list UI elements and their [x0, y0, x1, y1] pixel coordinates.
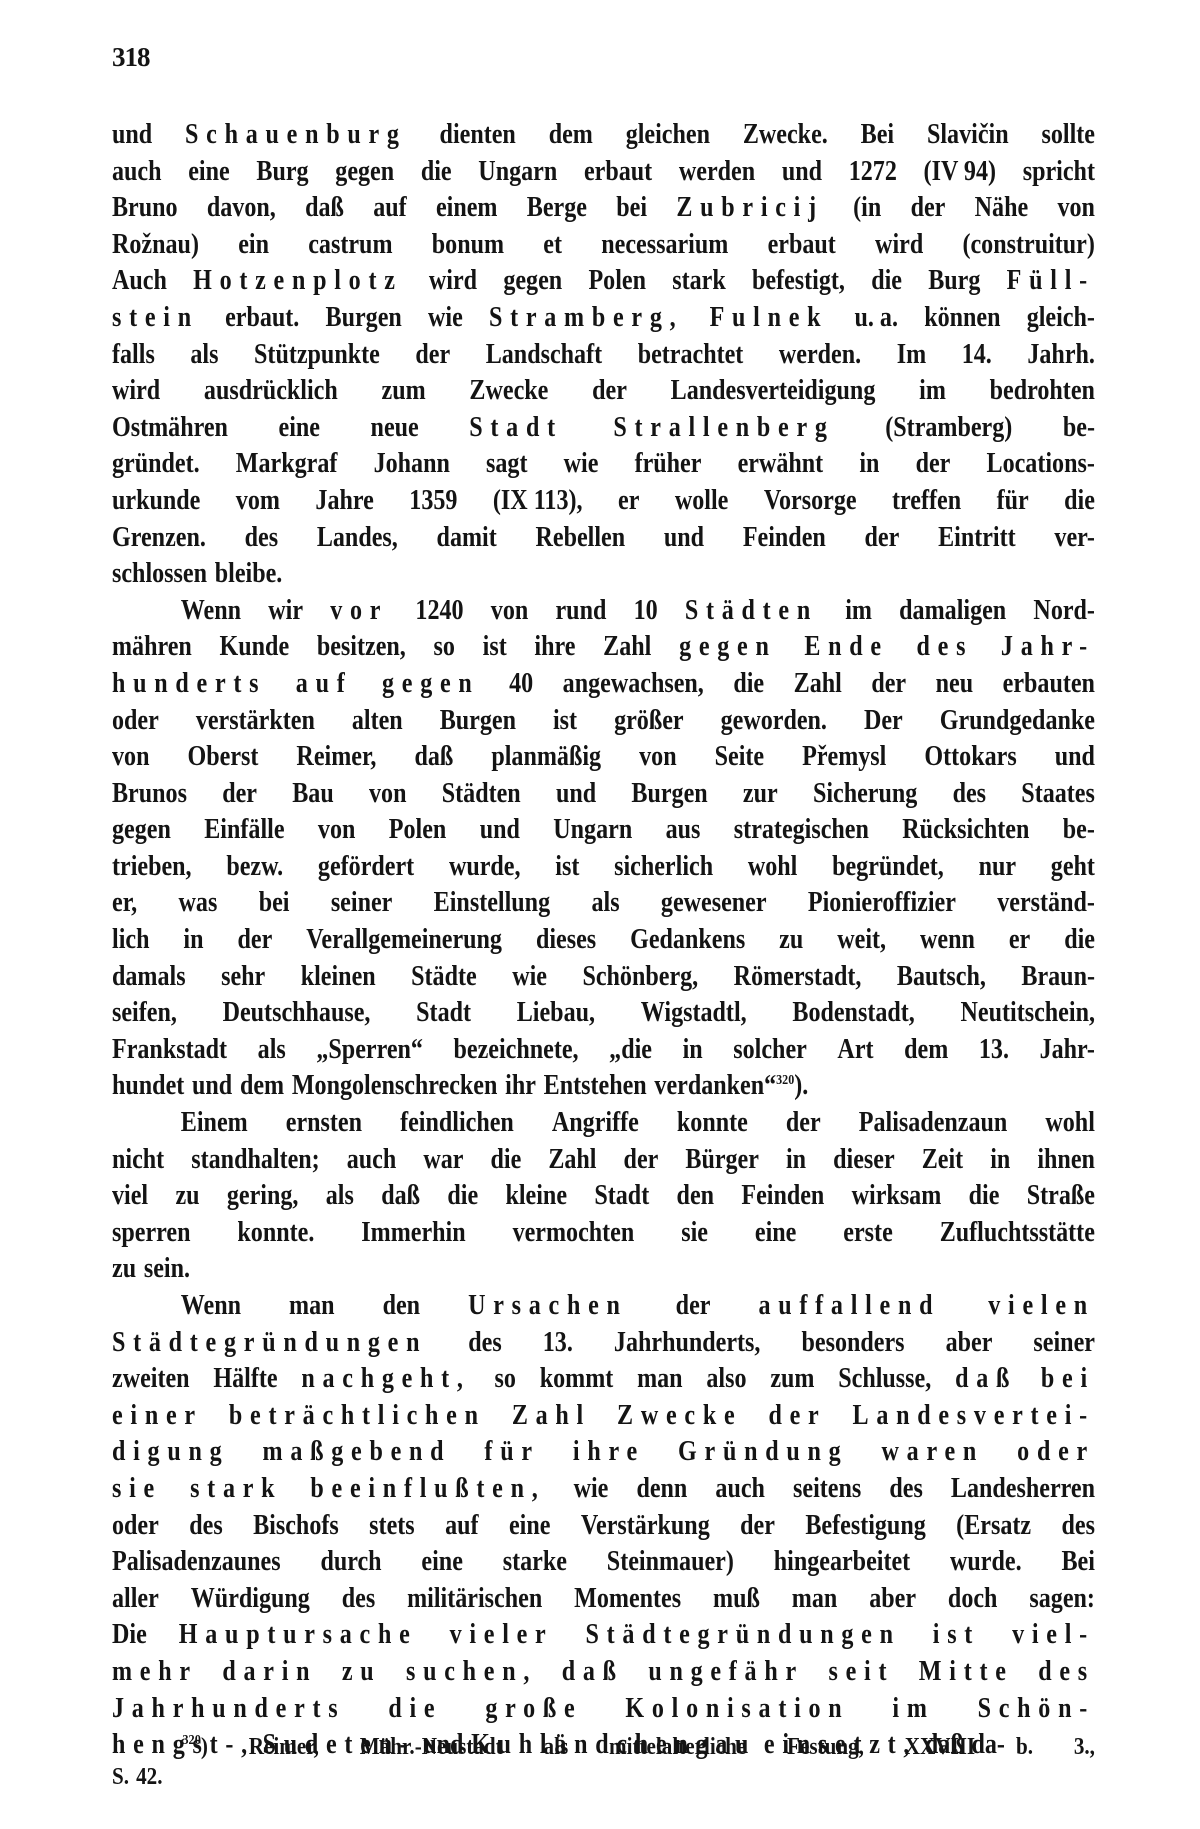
word: Jahrhunderts, — [614, 1325, 761, 1362]
word: der — [237, 922, 272, 959]
word: der — [415, 337, 450, 374]
word: wolle — [675, 483, 729, 520]
word: wirksam — [852, 1178, 942, 1215]
word: der — [592, 373, 627, 410]
spaced-word: Füll- — [1007, 263, 1095, 300]
word: Zwecke — [469, 373, 548, 410]
spaced-word: beeinflußten, — [310, 1471, 545, 1508]
text-line: hundetunddemMongolenschreckenihrEntstehe… — [112, 1068, 1095, 1105]
word: Angriffe — [552, 1105, 639, 1142]
word: falls — [112, 337, 155, 374]
word: betrachtet — [638, 337, 744, 374]
word: Wenn — [181, 1288, 241, 1325]
spaced-word: Stramberg, — [489, 300, 683, 337]
word: stark — [672, 263, 726, 300]
word: früher — [635, 446, 702, 483]
word: bleibe. — [215, 556, 283, 593]
word: neu — [936, 666, 973, 703]
paragraph: EinemernstenfeindlichenAngriffekonnteder… — [112, 1105, 1095, 1288]
word: seitens — [793, 1471, 861, 1508]
word: Slavičin — [927, 117, 1009, 154]
word: man — [289, 1288, 334, 1325]
word: im — [845, 593, 872, 630]
word: necessarium — [601, 227, 728, 264]
word: spricht — [1023, 154, 1095, 191]
word: zum — [770, 1361, 814, 1398]
word: Landesverteidigung — [671, 373, 876, 410]
word: be- — [1063, 812, 1095, 849]
word: erbauten — [1003, 666, 1095, 703]
spaced-word: einer — [112, 1398, 203, 1435]
word: Sicherung — [813, 776, 917, 813]
word: seifen, — [112, 995, 177, 1032]
word: zur — [743, 776, 778, 813]
word: kleine — [505, 1178, 567, 1215]
word: Momentes — [574, 1581, 681, 1618]
spaced-word: ungefähr — [648, 1654, 804, 1691]
word: wurde, — [449, 849, 521, 886]
word: die — [969, 1178, 1000, 1215]
word: (construitur) — [962, 227, 1094, 264]
spaced-word: stark — [190, 1471, 282, 1508]
spaced-word: beträchtlichen — [229, 1398, 486, 1435]
word: Zufluchtsstätte — [940, 1215, 1095, 1252]
word: bei — [616, 190, 647, 227]
spaced-word: Kolonisation — [625, 1691, 849, 1728]
spaced-word: viel- — [1012, 1617, 1095, 1654]
word: sicherlich — [614, 849, 713, 886]
word: Bürger — [685, 1142, 759, 1179]
word: ein — [238, 227, 269, 264]
text-line: JahrhundertsdiegroßeKolonisationimSchön- — [112, 1691, 1095, 1728]
word: der — [871, 666, 906, 703]
word: Liebau, — [517, 995, 595, 1032]
word: Nord- — [1033, 593, 1095, 630]
word: Auch — [112, 263, 167, 300]
spaced-word: Hauptursache — [179, 1617, 418, 1654]
word: (Stramberg) — [885, 410, 1012, 447]
word: daß — [381, 1178, 420, 1215]
word: Staates — [1021, 776, 1095, 813]
word: Burg — [256, 154, 308, 191]
word: gründet. — [112, 446, 200, 483]
word: er, — [112, 885, 137, 922]
word: von — [491, 593, 528, 630]
spaced-word: seit — [828, 1654, 894, 1691]
word: Markgraf — [236, 446, 338, 483]
word: Wigstadtl, — [641, 995, 747, 1032]
spaced-word: gegen — [679, 629, 777, 666]
text-line: sperrenkonnte.Immerhinvermochtensieeinee… — [112, 1215, 1095, 1252]
text-line: Brunodavon,daßaufeinemBergebeiZubricij(i… — [112, 190, 1095, 227]
text-line: mährenKundebesitzen,soistihreZahlgegenEn… — [112, 629, 1095, 666]
word: Rožnau) — [112, 227, 199, 264]
word: Stadt — [416, 995, 471, 1032]
word: der — [624, 1142, 659, 1179]
word: (Ersatz — [956, 1508, 1031, 1545]
word: wie — [574, 1471, 609, 1508]
word: neue — [371, 410, 419, 447]
word: die — [871, 263, 902, 300]
word: aus — [666, 812, 701, 849]
word: Hälfte — [213, 1361, 277, 1398]
word: sehr — [221, 959, 265, 996]
spaced-word: Hotzenplotz — [193, 263, 403, 300]
word: Zahl — [548, 1142, 596, 1179]
text-line: seifen,Deutschhause,StadtLiebau,Wigstadt… — [112, 995, 1095, 1032]
word: Schlusse, — [838, 1361, 931, 1398]
word: dieser — [833, 1142, 895, 1179]
word: den — [677, 1178, 714, 1215]
word: konnte. — [237, 1215, 314, 1252]
spaced-word: bei — [1041, 1361, 1095, 1398]
word: der — [916, 446, 951, 483]
word: auch — [715, 1471, 765, 1508]
word: und — [480, 812, 520, 849]
word: ist — [553, 703, 577, 740]
text-line: gründet.MarkgrafJohannsagtwiefrühererwäh… — [112, 446, 1095, 483]
word: sie — [681, 1215, 708, 1252]
spaced-word: des — [1038, 1654, 1095, 1691]
spaced-word: mehr — [112, 1654, 198, 1691]
word: des — [953, 776, 986, 813]
word: Festung, — [787, 1732, 864, 1762]
text-line: DieHauptursachevielerStädtegründungenist… — [112, 1617, 1095, 1654]
word: (in — [853, 190, 881, 227]
word: also — [706, 1361, 746, 1398]
word: S. — [112, 1762, 129, 1792]
word: gleichen — [626, 117, 710, 154]
text-line: oderverstärktenaltenBurgenistgrößergewor… — [112, 703, 1095, 740]
spaced-word: zu — [342, 1654, 382, 1691]
word: Befestigung — [805, 1508, 925, 1545]
word: Einfälle — [204, 812, 284, 849]
word: sollte — [1041, 117, 1095, 154]
word: zu — [175, 1178, 199, 1215]
text-line: hundertsaufgegen40angewachsen,dieZahlder… — [112, 666, 1095, 703]
text-line: oderdesBischofsstetsaufeineVerstärkungde… — [112, 1508, 1095, 1545]
word: Frankstadt — [112, 1032, 227, 1069]
word: des — [189, 1508, 222, 1545]
word: gleich- — [1027, 300, 1095, 337]
word: bezw. — [226, 849, 283, 886]
word: wie — [428, 300, 463, 337]
word: auch — [112, 154, 162, 191]
word: der — [222, 776, 257, 813]
word: nur — [979, 849, 1016, 886]
word: auf — [445, 1508, 478, 1545]
word: Mongolenschrecken — [292, 1068, 498, 1105]
text-line: gegenEinfällevonPolenundUngarnausstrateg… — [112, 812, 1095, 849]
word: man — [637, 1361, 682, 1398]
text-line: lichinderVerallgemeinerungdiesesGedanken… — [112, 922, 1095, 959]
word: er — [618, 483, 639, 520]
word: feindlichen — [400, 1105, 514, 1142]
word: Verstärkung — [581, 1508, 710, 1545]
word: ausdrücklich — [204, 373, 338, 410]
spaced-word: Schauenburg — [185, 117, 407, 154]
word: zum — [382, 373, 426, 410]
word: werden — [679, 154, 755, 191]
word: befestigt, — [752, 263, 845, 300]
spaced-word: Ursachen — [468, 1288, 628, 1325]
word: sperren — [112, 1215, 190, 1252]
word: 42. — [136, 1762, 162, 1792]
word: die — [421, 154, 452, 191]
word: angewachsen, — [563, 666, 704, 703]
word: (IX 113), — [493, 483, 583, 520]
word: des — [342, 1581, 375, 1618]
word: et — [543, 227, 562, 264]
word: Mähr.-Neustadt — [360, 1732, 503, 1762]
footnote-line: S.42. — [112, 1762, 1095, 1792]
word: sagt — [486, 446, 527, 483]
word: so — [434, 629, 455, 666]
word: des — [468, 1325, 501, 1362]
word: 40 — [509, 666, 533, 703]
word: und — [192, 1068, 232, 1105]
word: Bautsch, — [897, 959, 986, 996]
spaced-word: vieler — [450, 1617, 554, 1654]
word: Stützpunkte — [254, 337, 380, 374]
word: aller — [112, 1581, 159, 1618]
footnote-ref: 320 — [182, 1733, 200, 1748]
word: Reimer, — [249, 1732, 319, 1762]
word: Grundgedanke — [940, 703, 1095, 740]
word: 13. — [543, 1325, 573, 1362]
word: als — [258, 1032, 286, 1069]
paragraph: WennmandenUrsachenderauffallendvielenStä… — [112, 1288, 1095, 1764]
word: für — [997, 483, 1029, 520]
spaced-word: der — [768, 1398, 826, 1435]
text-line: trieben,bezw.gefördertwurde,istsicherlic… — [112, 849, 1095, 886]
body-text: undSchauenburgdientendemgleichenZwecke.B… — [112, 117, 1095, 1764]
word: Neutitschein, — [961, 995, 1095, 1032]
word: ver- — [1054, 520, 1095, 557]
word: lich — [112, 922, 149, 959]
word: Deutschhause, — [223, 995, 371, 1032]
word: doch — [948, 1581, 998, 1618]
word: der — [911, 190, 946, 227]
spaced-word: darin — [222, 1654, 317, 1691]
spaced-word: Zahl — [512, 1398, 591, 1435]
spaced-word: Städtegründungen — [586, 1617, 901, 1654]
word: erbaut — [584, 154, 652, 191]
spaced-word: Zubricij — [676, 190, 824, 227]
word: aber — [869, 1581, 916, 1618]
spaced-word: Ende — [804, 629, 888, 666]
word: Palisadenzaunes — [112, 1544, 281, 1581]
word: Palisadenzaun — [859, 1105, 1008, 1142]
word: u. a. — [855, 300, 898, 337]
word: was — [179, 885, 218, 922]
word: mittelalterliche — [609, 1732, 746, 1762]
word: wenn — [920, 922, 975, 959]
text-line: Städtegründungendes13.Jahrhunderts,beson… — [112, 1325, 1095, 1362]
text-line: PalisadenzaunesdurcheinestarkeSteinmauer… — [112, 1544, 1095, 1581]
text-line: siestarkbeeinflußten,wiedennauchseitensd… — [112, 1471, 1095, 1508]
word: 1272 — [849, 154, 897, 191]
word: von — [369, 776, 406, 813]
word: Einem — [181, 1105, 248, 1142]
word: Ungarn — [553, 812, 632, 849]
word: Zahl — [794, 666, 842, 703]
word: zu — [779, 922, 803, 959]
word: der — [676, 1288, 711, 1325]
word: in — [859, 446, 879, 483]
spaced-word: gegen — [382, 666, 480, 703]
word: eine — [279, 410, 320, 447]
text-line: vielzugering,alsdaßdiekleineStadtdenFein… — [112, 1178, 1095, 1215]
word: und — [664, 520, 704, 557]
word: Eintritt — [938, 520, 1016, 557]
word: vom — [236, 483, 280, 520]
word: eine — [421, 1544, 462, 1581]
word: von — [1057, 190, 1094, 227]
word: und — [556, 776, 596, 813]
word: standhalten; — [191, 1142, 319, 1179]
word: verstärkten — [196, 703, 315, 740]
spaced-word: große — [485, 1691, 582, 1728]
word: dieses — [536, 922, 596, 959]
word: Jahrh. — [1027, 337, 1095, 374]
word: Braun- — [1021, 959, 1095, 996]
word: und — [782, 154, 822, 191]
word: besitzen, — [317, 629, 406, 666]
word: Burgen — [631, 776, 707, 813]
word: besonders — [801, 1325, 904, 1362]
word: bezeichnete, — [454, 1032, 579, 1069]
spaced-word: daß — [562, 1654, 624, 1691]
spaced-word: Städten — [685, 593, 818, 630]
spaced-word: Gründung — [678, 1434, 848, 1471]
word: erbaut — [768, 227, 836, 264]
word: werden. — [779, 337, 861, 374]
word: schlossen — [112, 556, 207, 593]
word: Zahl — [603, 629, 651, 666]
word: Landes, — [317, 520, 398, 557]
word: kleinen — [301, 959, 376, 996]
paragraph: Wennwirvor1240vonrund10Städtenimdamalige… — [112, 593, 1095, 1105]
text-line: zusein. — [112, 1251, 1095, 1288]
word: erwähnt — [738, 446, 824, 483]
word: Ostmähren — [112, 410, 228, 447]
word: 320) — [182, 1732, 208, 1762]
word: gegen — [335, 154, 394, 191]
word: kommt — [540, 1361, 614, 1398]
word: 13. — [979, 1032, 1009, 1069]
word: war — [423, 1142, 463, 1179]
word: stets — [369, 1508, 414, 1545]
word: viel — [112, 1178, 148, 1215]
word: Burgen — [326, 300, 402, 337]
word: man — [792, 1581, 837, 1618]
text-line: mehrdarinzusuchen,daßungefährseitMittede… — [112, 1654, 1095, 1691]
word: Grenzen. — [112, 520, 206, 557]
word: die — [733, 666, 764, 703]
spaced-word: suchen, — [406, 1654, 537, 1691]
word: planmäßig — [491, 739, 601, 776]
word: Polen — [588, 263, 646, 300]
word: Polen — [389, 812, 447, 849]
word: Feinden — [743, 520, 826, 557]
word: des — [1061, 1508, 1094, 1545]
word: Feinden — [741, 1178, 824, 1215]
word: nicht — [112, 1142, 164, 1179]
word: oder — [112, 1508, 159, 1545]
word: einem — [436, 190, 498, 227]
word: gewesener — [661, 885, 767, 922]
word: Bei — [1061, 1544, 1094, 1581]
word: wurde. — [950, 1544, 1022, 1581]
word: Städten — [442, 776, 521, 813]
text-line: er,wasbeiseinerEinstellungalsgewesenerPi… — [112, 885, 1095, 922]
word: erste — [843, 1215, 892, 1252]
word: 10 — [634, 593, 658, 630]
word: Gedankens — [630, 922, 745, 959]
text-line: schlossenbleibe. — [112, 556, 1095, 593]
word: Verallgemeinerung — [306, 922, 502, 959]
word: des — [245, 520, 278, 557]
spaced-word: oder — [1017, 1434, 1095, 1471]
word: die — [447, 1178, 478, 1215]
word: solcher — [733, 1032, 807, 1069]
footnote-line: 320)Reimer,Mähr.-Neustadtalsmittelalterl… — [112, 1732, 1095, 1762]
word: Seite — [715, 739, 764, 776]
word: Přemysl — [802, 739, 886, 776]
page-number: 318 — [112, 42, 150, 73]
word: mähren — [112, 629, 192, 666]
spaced-word: Landesvertei- — [853, 1398, 1095, 1435]
word: seiner — [1033, 1325, 1095, 1362]
word: Straße — [1027, 1178, 1095, 1215]
word: damit — [437, 520, 497, 557]
word: der — [865, 520, 900, 557]
word: die — [490, 1142, 521, 1179]
word: Immerhin — [361, 1215, 465, 1252]
spaced-word: Jahr- — [1001, 629, 1095, 666]
word: aber — [946, 1325, 993, 1362]
word: dienten — [440, 117, 516, 154]
text-line: allerWürdigungdesmilitärischenMomentesmu… — [112, 1581, 1095, 1618]
text-line: urkundevomJahre1359(IX 113),erwolleVorso… — [112, 483, 1095, 520]
spaced-word: auf — [296, 666, 353, 703]
word: Wenn — [181, 593, 241, 630]
text-line: WennmandenUrsachenderauffallendvielen — [112, 1288, 1095, 1325]
word: Stadt — [594, 1178, 649, 1215]
word: ist — [483, 629, 507, 666]
word: auf — [373, 190, 406, 227]
word: der — [786, 1105, 821, 1142]
word: in — [183, 922, 203, 959]
word: eine — [509, 1508, 550, 1545]
word: weit, — [837, 922, 886, 959]
word: ihnen — [1037, 1142, 1095, 1179]
word: Locations- — [987, 446, 1095, 483]
word: Pionieroffizier — [808, 885, 956, 922]
text-line: zweitenHälftenachgeht,sokommtmanalsozumS… — [112, 1361, 1095, 1398]
paragraph: undSchauenburgdientendemgleichenZwecke.B… — [112, 117, 1095, 593]
word: von — [639, 739, 676, 776]
spaced-word: maßgebend — [263, 1434, 452, 1471]
word: als — [326, 1178, 354, 1215]
word: in — [786, 1142, 806, 1179]
word: Nähe — [975, 190, 1029, 227]
word: „Sperren“ — [316, 1032, 423, 1069]
spaced-word: vielen — [988, 1288, 1095, 1325]
spaced-word: Strallenberg — [613, 410, 834, 447]
spaced-word: für — [484, 1434, 539, 1471]
